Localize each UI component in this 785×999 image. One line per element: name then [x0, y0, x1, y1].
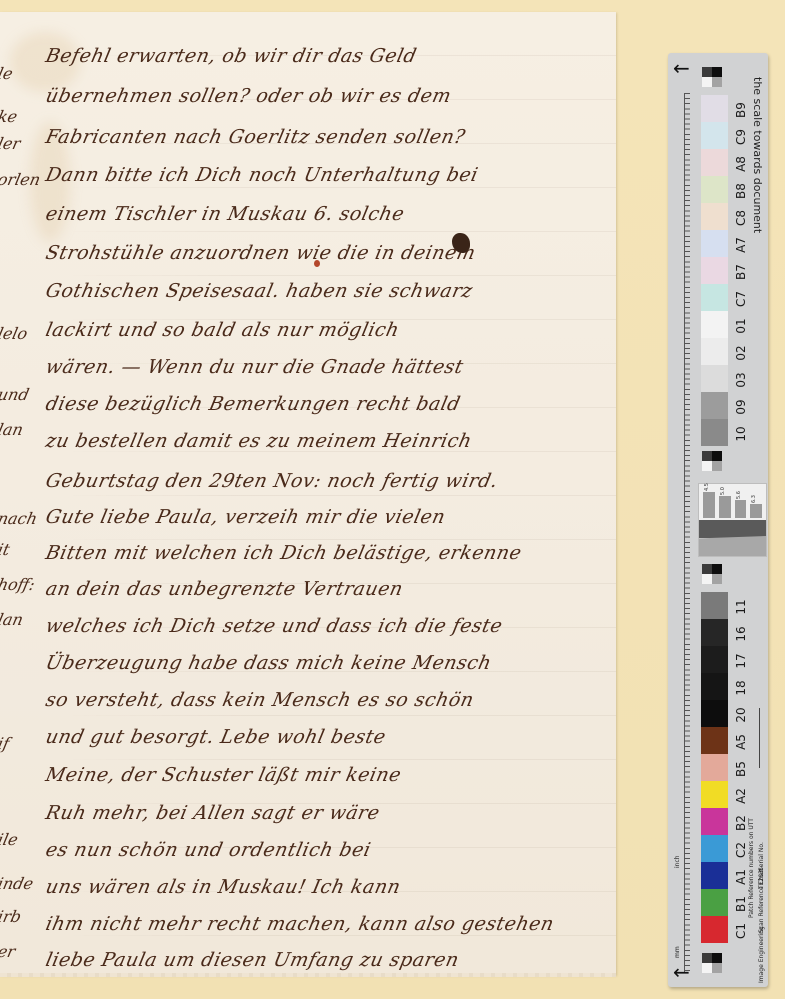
letter-page: le ke ler orlen lelo und lan nach it hof…: [0, 12, 616, 975]
patch-label: 18: [734, 678, 748, 698]
patch-label: 02: [734, 343, 748, 363]
margin-fragment: inde: [0, 874, 35, 893]
patch-label: C1: [734, 921, 748, 941]
scale-direction-label: the scale towards document: [751, 77, 764, 233]
letter-line: uns wären als in Muskau! Ich kann: [44, 876, 403, 898]
patch-b2: [701, 808, 728, 835]
margin-fragment: lelo: [0, 324, 29, 343]
patch-label: 01: [734, 316, 748, 336]
patch-label: 11: [734, 597, 748, 617]
patch-label: C7: [734, 289, 748, 309]
patch-label: 03: [734, 370, 748, 390]
letter-line: lackirt und so bald als nur möglich: [44, 319, 402, 341]
ink-bleed-through: [0, 12, 616, 974]
gray-quad-target: [702, 564, 722, 584]
patch-b8: [701, 176, 728, 203]
margin-fragment: er: [0, 942, 17, 961]
chart-maker: Image Engineering: [758, 926, 765, 983]
patch-c9: [701, 122, 728, 149]
margin-fragment: orlen: [0, 170, 42, 189]
density-value: 6.3: [751, 495, 757, 503]
letter-line: so versteht, dass kein Mensch es so schö…: [44, 689, 476, 711]
letter-line: und gut besorgt. Lebe wohl beste: [44, 726, 388, 748]
patch-label: B9: [734, 100, 748, 120]
patch-a8: [701, 149, 728, 176]
patch-b5: [701, 754, 728, 781]
letter-line: Fabricanten nach Goerlitz senden sollen?: [44, 126, 468, 148]
density-value: 5.6: [736, 491, 742, 499]
mm-unit-label: mm: [674, 946, 681, 958]
patch-label: A1: [734, 867, 748, 887]
patch-label: A8: [734, 154, 748, 174]
patch-c8: [701, 203, 728, 230]
patch-b9: [701, 95, 728, 122]
patch-01: [701, 311, 728, 338]
patch-label: 10: [734, 424, 748, 444]
density-value: 5.0: [720, 487, 726, 495]
color-calibration-chart: ← the scale towards document B9 C9 A8 B8…: [668, 53, 768, 987]
patch-label: C2: [734, 840, 748, 860]
patch-label: B5: [734, 759, 748, 779]
patch-11: [701, 592, 728, 619]
margin-fragment: if: [0, 734, 11, 753]
serial-blank-line: [759, 708, 760, 768]
ink-blot: [452, 233, 470, 253]
letter-line: Befehl erwarten, ob wir dir das Geld: [44, 45, 419, 67]
density-wedge: 4.5 5.0 5.6 6.3: [698, 483, 767, 557]
inch-unit-label: inch: [674, 855, 681, 868]
gray-quad-target: [702, 451, 722, 471]
patch-a2: [701, 781, 728, 808]
patch-16: [701, 619, 728, 646]
patch-a5: [701, 727, 728, 754]
patch-label: 17: [734, 651, 748, 671]
patch-c1: [701, 916, 728, 943]
patch-02: [701, 338, 728, 365]
letter-line: Gothischen Speisesaal. haben sie schwarz: [44, 280, 475, 302]
patch-reference-note: Patch Reference numbers on UTT: [748, 818, 755, 918]
letter-line: zu bestellen damit es zu meinem Heinrich: [44, 430, 474, 452]
patch-label: 20: [734, 705, 748, 725]
serial-label: Serial No.: [758, 842, 765, 871]
letter-line: wären. — Wenn du nur die Gnade hättest: [44, 356, 466, 378]
letter-line: ihm nicht mehr recht machen, kann also g…: [44, 913, 556, 935]
letter-line: Gute liebe Paula, verzeih mir die vielen: [44, 506, 448, 528]
letter-line: Meine, der Schuster läßt mir keine: [44, 764, 404, 786]
letter-line: Dann bitte ich Dich noch Unterhaltung be…: [44, 164, 481, 186]
margin-fragment: hoff:: [0, 575, 37, 594]
patch-label: 09: [734, 397, 748, 417]
arrow-left-icon: ←: [673, 61, 695, 75]
letter-line: an dein das unbegrenzte Vertrauen: [44, 578, 405, 600]
margin-fragment: nach: [0, 509, 39, 528]
patch-label: B1: [734, 894, 748, 914]
patch-c2: [701, 835, 728, 862]
patch-label: B2: [734, 813, 748, 833]
margin-fragment: ler: [0, 134, 22, 153]
margin-fragment: ke: [0, 107, 19, 126]
patch-label: 16: [734, 624, 748, 644]
patch-10: [701, 419, 728, 446]
margin-fragment: irb: [0, 907, 23, 926]
letter-line: es nun schön und ordentlich bei: [44, 839, 373, 861]
arrow-left-icon: ←: [673, 965, 695, 979]
patch-20: [701, 700, 728, 727]
patch-17: [701, 646, 728, 673]
margin-fragment: it: [0, 540, 12, 559]
patch-c7: [701, 284, 728, 311]
letter-line: liebe Paula um diesen Umfang zu sparen: [44, 949, 461, 971]
patch-a7: [701, 230, 728, 257]
red-wax-dot: [314, 260, 320, 267]
patch-label: A2: [734, 786, 748, 806]
patch-label: B8: [734, 181, 748, 201]
letter-line: Strohstühle anzuordnen wie die in deinem: [44, 242, 478, 264]
gray-quad-target: [702, 953, 722, 973]
letter-line: diese bezüglich Bemerkungen recht bald: [44, 393, 463, 415]
margin-fragment: lan: [0, 610, 25, 629]
patch-18: [701, 673, 728, 700]
patch-label: A7: [734, 235, 748, 255]
patch-09: [701, 392, 728, 419]
letter-line: einem Tischler in Muskau 6. solche: [44, 203, 407, 225]
letter-line: welches ich Dich setze und dass ich die …: [44, 615, 505, 637]
patch-label: C8: [734, 208, 748, 228]
margin-fragment: und: [0, 385, 31, 404]
patch-label: A5: [734, 732, 748, 752]
letter-line: Bitten mit welchen ich Dich belästige, e…: [44, 542, 524, 564]
patch-label: B7: [734, 262, 748, 282]
patch-a1: [701, 862, 728, 889]
margin-fragment: ile: [0, 830, 20, 849]
gray-quad-target: [702, 67, 722, 87]
density-value: 4.5: [704, 483, 710, 491]
chart-model: TE263: [758, 870, 765, 889]
letter-line: übernehmen sollen? oder ob wir es dem: [44, 85, 454, 107]
patch-label: C9: [734, 127, 748, 147]
letter-line: Überzeugung habe dass mich keine Mensch: [44, 652, 494, 674]
ruler-scale: [684, 93, 695, 973]
patch-b1: [701, 889, 728, 916]
letter-line: Ruh mehr, bei Allen sagt er wäre: [44, 802, 382, 824]
margin-fragment: lan: [0, 420, 25, 439]
patch-b7: [701, 257, 728, 284]
letter-line: Geburtstag den 29ten Nov: noch fertig wi…: [44, 470, 500, 492]
patch-03: [701, 365, 728, 392]
margin-fragment: le: [0, 64, 15, 83]
